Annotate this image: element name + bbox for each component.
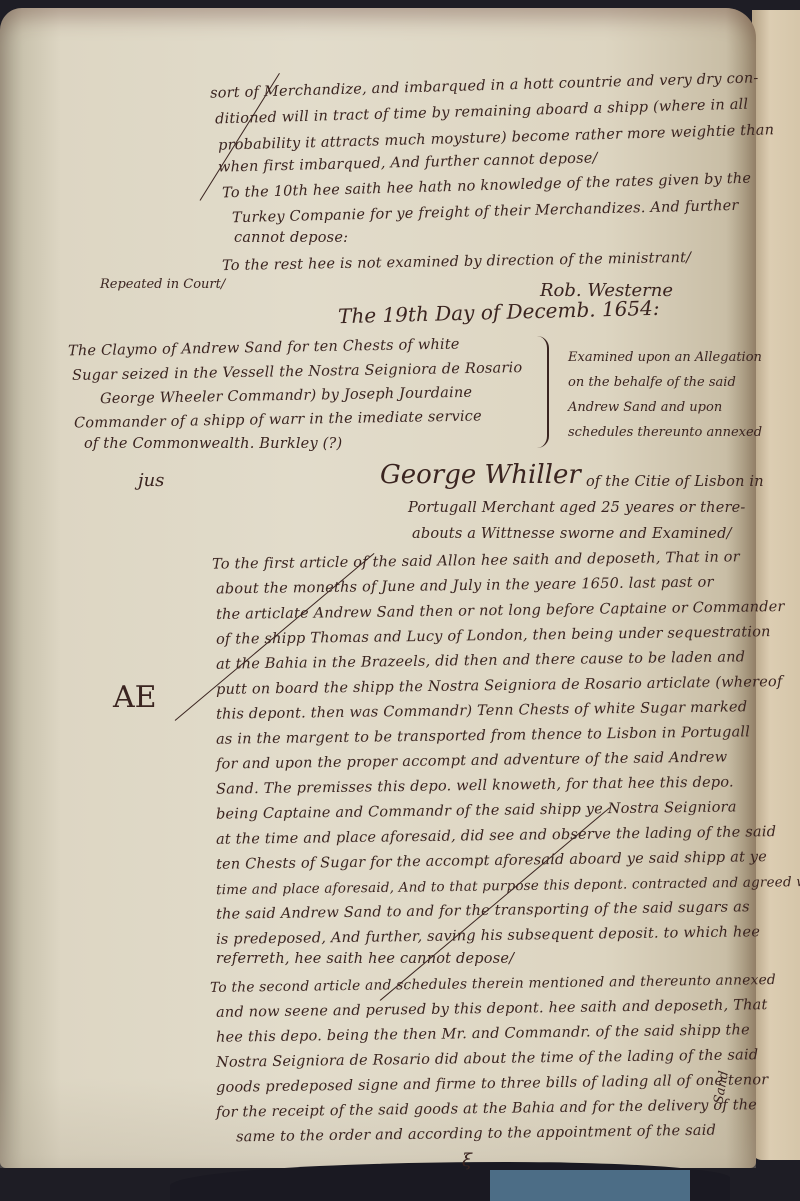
end-mark: ξ: [462, 1150, 472, 1171]
bracket: [535, 336, 549, 448]
background-cloth: [490, 1170, 690, 1201]
witness-line: abouts a Wittnesse sworne and Examined/: [412, 526, 732, 542]
side-note-line: Andrew Sand and upon: [568, 400, 722, 415]
side-note-line: Examined upon an Allegation: [568, 350, 762, 365]
margin-monogram: AE: [113, 680, 157, 715]
text-line: cannot depose:: [234, 230, 348, 246]
case-title-line: of the Commonwealth. Burkley (?): [84, 436, 342, 452]
margin-jus: jus: [138, 470, 164, 491]
body-line: referreth, hee saith hee cannot depose/: [216, 951, 514, 967]
side-note-line: on the behalfe of the said: [568, 375, 736, 390]
witness-line: Portugall Merchant aged 25 yeares or the…: [408, 500, 746, 516]
witness-name: George Whiller: [380, 460, 581, 490]
witness-line: of the Citie of Lisbon in: [586, 474, 764, 490]
side-note-line: schedules thereunto annexed: [568, 425, 762, 440]
margin-note-repeated: Repeated in Court/: [100, 277, 225, 292]
